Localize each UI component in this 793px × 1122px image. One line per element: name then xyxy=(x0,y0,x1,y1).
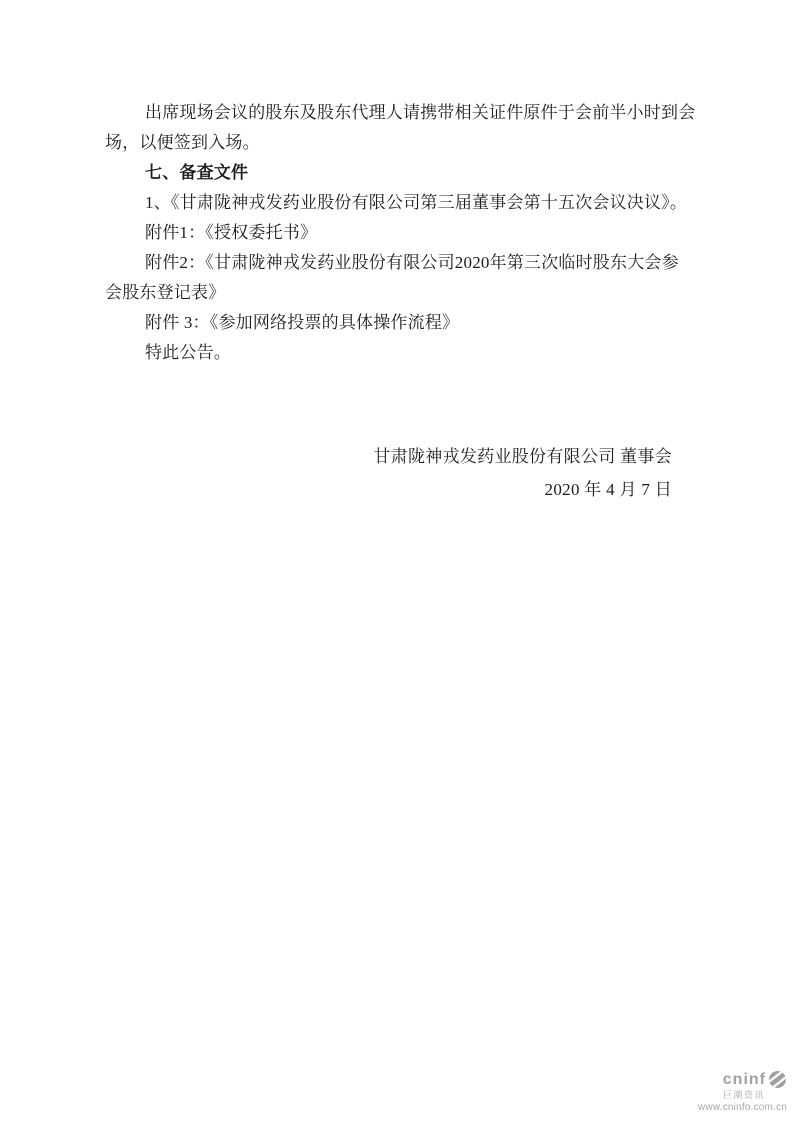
list-item-attachment-3: 附件 3：《参加网络投票的具体操作流程》 xyxy=(105,308,680,338)
paragraph-line-1: 出席现场会议的股东及股东代理人请携带相关证件原件于会前半小时到会 xyxy=(105,98,680,128)
list-item-attachment-1: 附件1：《授权委托书》 xyxy=(105,218,680,248)
list-item-resolution: 1、《甘肃陇神戎发药业股份有限公司第三届董事会第十五次会议决议》。 xyxy=(105,188,680,218)
section-heading: 七、备查文件 xyxy=(105,158,680,188)
signature-block: 甘肃陇神戎发药业股份有限公司 董事会 2020 年 4 月 7 日 xyxy=(373,440,672,506)
closing-statement: 特此公告。 xyxy=(105,338,680,368)
cninfo-url: www.cninfo.com.cn xyxy=(698,1103,787,1113)
cninfo-swirl-icon xyxy=(768,1070,787,1089)
list-item-attachment-2-line2: 会股东登记表》 xyxy=(105,278,680,308)
document-page: 出席现场会议的股东及股东代理人请携带相关证件原件于会前半小时到会 场，以便签到入… xyxy=(0,0,793,1122)
paragraph-line-2: 场，以便签到入场。 xyxy=(105,128,680,158)
signature-date: 2020 年 4 月 7 日 xyxy=(373,473,672,506)
cninfo-brand-text: cninf xyxy=(723,1072,766,1088)
list-item-attachment-2-line1: 附件2：《甘肃陇神戎发药业股份有限公司2020年第三次临时股东大会参 xyxy=(105,248,680,278)
signature-company: 甘肃陇神戎发药业股份有限公司 董事会 xyxy=(373,440,672,473)
cninfo-logo: cninf 巨潮资讯 www.cninfo.com.cn xyxy=(698,1070,787,1113)
cninfo-logo-row: cninf xyxy=(698,1070,787,1089)
cninfo-chinese-name: 巨潮资讯 xyxy=(698,1091,765,1100)
document-body: 出席现场会议的股东及股东代理人请携带相关证件原件于会前半小时到会 场，以便签到入… xyxy=(105,98,680,368)
